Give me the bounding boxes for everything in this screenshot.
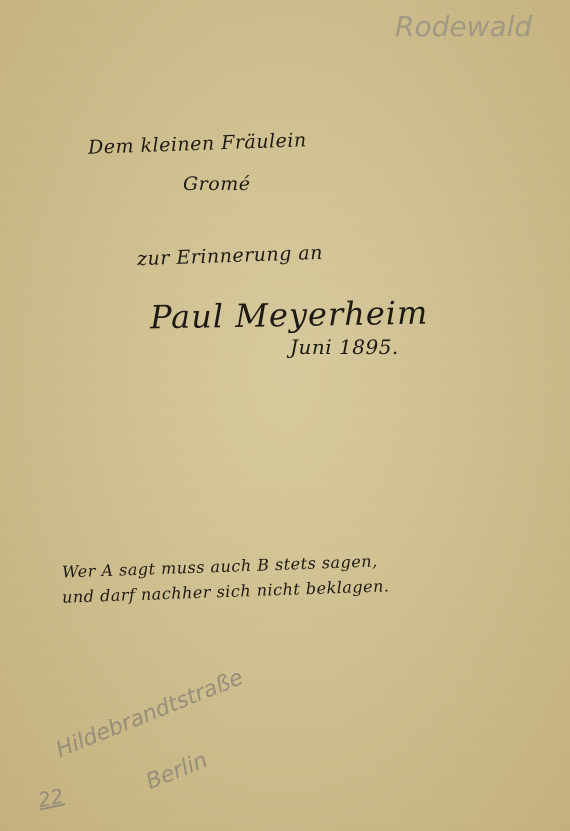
quote-line-1: Wer A sagt muss auch B stets sagen,	[62, 551, 378, 581]
address-city: Berlin	[143, 748, 212, 795]
signature-date: Juni 1895.	[290, 335, 399, 359]
dedication-recipient: Gromé	[183, 173, 250, 195]
archive-pencil-note: Rodewald	[395, 10, 532, 43]
dedication-line-1: Dem kleinen Fräulein	[88, 129, 307, 159]
quote-line-2: und darf nachher sich nicht beklagen.	[62, 576, 390, 606]
address-number: 22	[36, 784, 66, 813]
address-street: Hildebrandtstraße	[53, 665, 247, 763]
dedication-line-3: zur Erinnerung an	[137, 242, 324, 270]
document-page: Rodewald Dem kleinen Fräulein Gromé zur …	[0, 0, 570, 831]
signature: Paul Meyerheim	[150, 294, 429, 337]
